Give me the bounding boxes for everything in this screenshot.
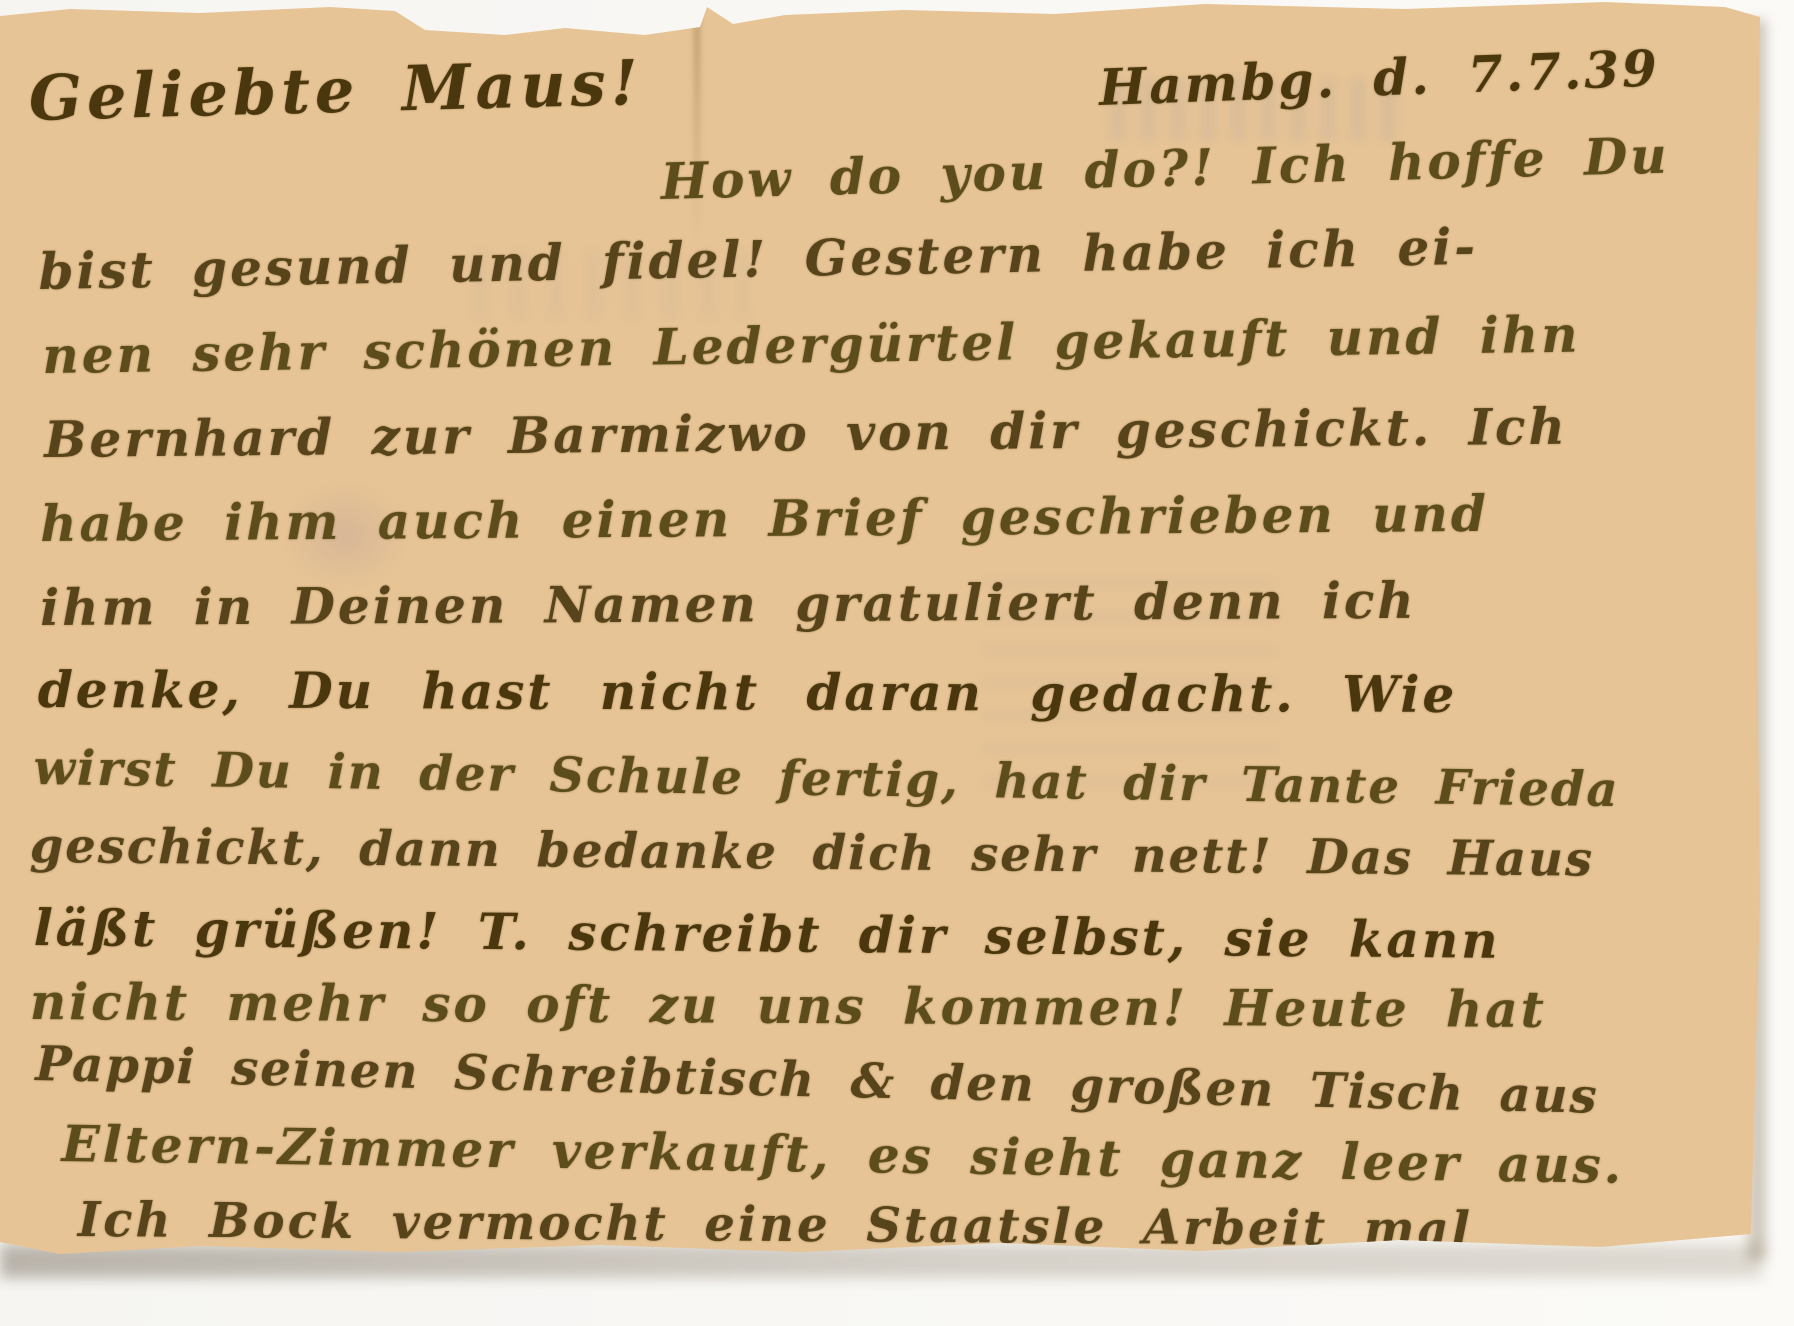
letter-line: wirst Du in der Schule fertig, hat dir T… xyxy=(33,740,1620,818)
letter-line: Bernhard zur Barmizwo von dir geschickt.… xyxy=(44,397,1568,469)
letter-line: denke, Du hast nicht daran gedacht. Wie xyxy=(38,660,1458,724)
postcard-paper: Hambg. d. 7.7.39 Geliebte Maus! How do y… xyxy=(0,0,1762,1268)
scanned-letter-page: Hambg. d. 7.7.39 Geliebte Maus! How do y… xyxy=(0,0,1794,1326)
card-bottom-shadow xyxy=(0,1244,1762,1278)
letter-line: geschickt, dann bedanke dich sehr nett! … xyxy=(30,818,1595,888)
salutation: Geliebte Maus! xyxy=(28,46,644,135)
letter-line: bist gesund und fidel! Gestern habe ich … xyxy=(38,217,1478,301)
letter-line: läßt grüßen! T. schreibt dir selbst, sie… xyxy=(33,898,1500,970)
dateline: Hambg. d. 7.7.39 xyxy=(1098,38,1661,117)
letter-line: nen sehr schönen Ledergürtel gekauft und… xyxy=(42,305,1581,385)
letter-line: ihm in Deinen Namen gratuliert denn ich xyxy=(40,571,1417,637)
letter-line: How do you do?! Ich hoffe Du xyxy=(660,126,1670,211)
letter-line: nicht mehr so oft zu uns kommen! Heute h… xyxy=(30,972,1547,1039)
letter-line: Pappi seinen Schreibtisch & den großen T… xyxy=(35,1036,1599,1125)
letter-line: Eltern-Zimmer verkauft, es sieht ganz le… xyxy=(61,1114,1624,1195)
letter-line: habe ihm auch einen Brief geschrieben un… xyxy=(40,484,1489,553)
